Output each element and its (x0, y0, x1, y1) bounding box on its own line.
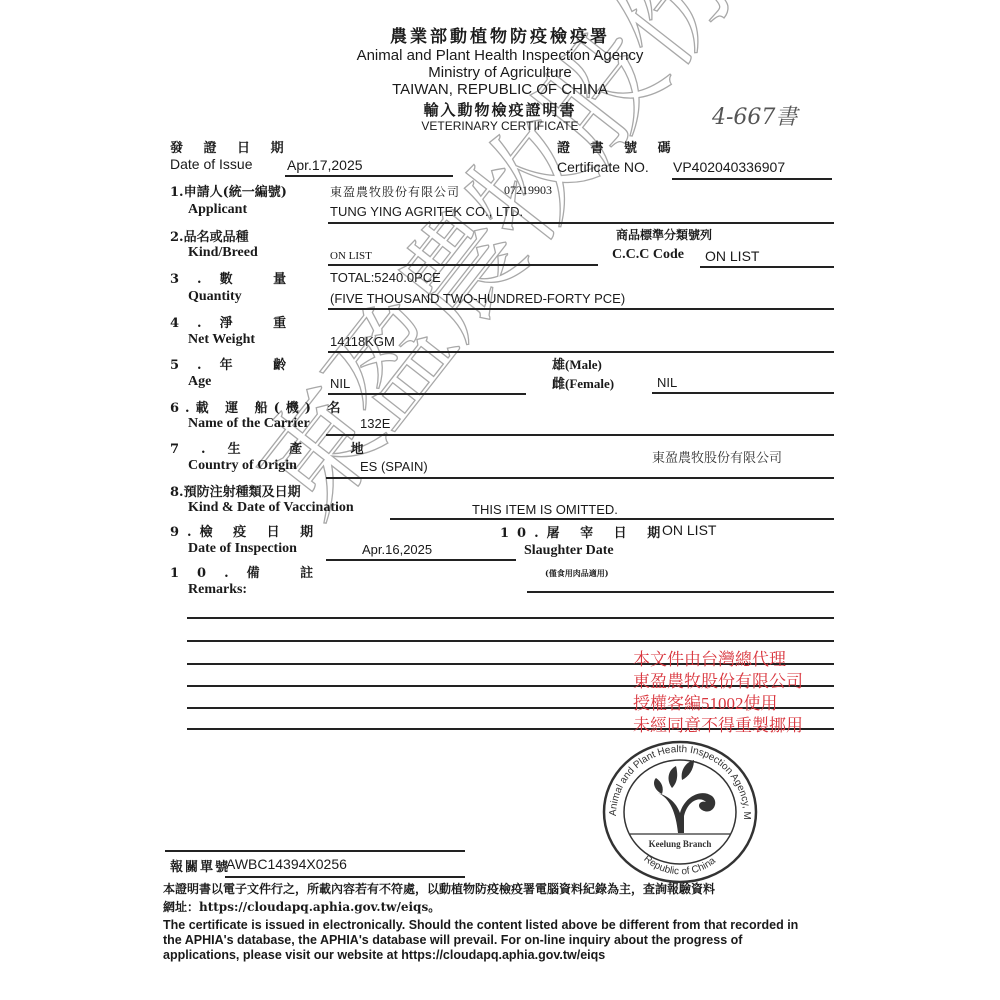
country: TAIWAN, REPUBLIC OF CHINA (0, 81, 1000, 98)
age-value: NIL (330, 376, 350, 391)
svg-text:Keelung Branch: Keelung Branch (649, 839, 712, 849)
handwritten-note: 4-667書 (712, 100, 797, 131)
ccc-label-zh: 商品標準分類號列 (616, 226, 712, 243)
slaughter-note: (僅食用肉品適用) (545, 568, 609, 579)
applicant-label-en: Applicant (188, 202, 247, 218)
applicant-label-zh: 1.申請人(統一編號) (170, 181, 287, 200)
inspection-value: Apr.16,2025 (362, 542, 432, 557)
quantity-label-zh: 3.數 量 (170, 268, 304, 287)
customs-label: 報關單號 (170, 856, 230, 875)
cert-label-en: Certificate NO. (557, 159, 649, 175)
vaccination-value: THIS ITEM IS OMITTED. (472, 502, 618, 517)
male-label: 雄(Male) (552, 354, 602, 373)
issue-label-en: Date of Issue (170, 156, 253, 172)
carrier-label-en: Name of the Carrier (188, 416, 310, 432)
slaughter-value: ON LIST (662, 522, 716, 538)
kind-label-en: Kind/Breed (188, 245, 258, 261)
red-stamp-line-4: 未經同意不得重製挪用 (633, 711, 803, 736)
net-weight-label-zh: 4.淨 重 (170, 312, 304, 331)
applicant-id: 07219903 (504, 183, 552, 198)
issue-label-zh: 發 證 日 期 (170, 137, 292, 156)
seal-emblem-icon: Animal and Plant Health Inspection Agenc… (600, 738, 760, 883)
inspection-label-zh: 9.檢 疫 日 期 (170, 521, 321, 540)
inspection-label-en: Date of Inspection (188, 541, 297, 557)
kind-label-zh: 2.品名或品種 (170, 226, 249, 245)
agency-en: Animal and Plant Health Inspection Agenc… (0, 47, 1000, 64)
slaughter-label-zh: 10.屠 宰 日 期 (500, 522, 668, 541)
remarks-label-zh: 10.備 註 (170, 562, 331, 581)
female-label: 雌(Female) (552, 373, 614, 392)
doc-title-en: VETERINARY CERTIFICATE (0, 119, 1000, 133)
footer-en-line-1: The certificate is issued in electronica… (163, 918, 798, 932)
official-seal: Animal and Plant Health Inspection Agenc… (600, 738, 760, 883)
carrier-value: 132E (360, 416, 390, 431)
agency-zh: 農業部動植物防疫檢疫署 (0, 22, 1000, 47)
origin-label-zh: 7.生 產 地 (170, 438, 386, 457)
remarks-label-en: Remarks: (188, 582, 247, 598)
doc-title-zh: 輸入動物檢疫證明書 (0, 99, 1000, 120)
footer-en-line-2: the APHIA's database, the APHIA's databa… (163, 933, 742, 947)
customs-value: AWBC14394X0256 (226, 856, 347, 872)
quantity-value: TOTAL:5240.0PCE (330, 270, 441, 285)
issue-date: Apr.17,2025 (287, 157, 363, 173)
company-stamp-text: 東盈農牧股份有限公司 (652, 447, 782, 466)
cert-label-zh: 證 書 號 碼 (557, 137, 679, 156)
cert-number: VP402040336907 (673, 159, 785, 175)
footer-zh-line-1: 本證明書以電子文件行之，所載內容若有不符處，以動植物防疫檢疫署電腦資料紀錄為主，… (163, 880, 715, 897)
slaughter-label-en: Slaughter Date (524, 543, 614, 559)
age-label-zh: 5.年 齡 (170, 354, 304, 373)
kind-value: ON LIST (330, 250, 372, 262)
vaccination-label-zh: 8.預防注射種類及日期 (170, 481, 301, 500)
net-weight-value: 14118KGM (330, 334, 395, 349)
sex-value: NIL (657, 375, 677, 390)
origin-label-en: Country of Origin (188, 458, 297, 474)
quantity-words: (FIVE THOUSAND TWO-HUNDRED-FORTY PCE) (330, 291, 625, 306)
vaccination-label-en: Kind & Date of Vaccination (188, 500, 354, 516)
origin-value: ES (SPAIN) (360, 459, 428, 474)
applicant-name-zh: 東盈農牧股份有限公司 (330, 183, 460, 200)
quantity-label-en: Quantity (188, 289, 242, 305)
footer-en-line-3: applications, please visit our website a… (163, 948, 605, 962)
net-weight-label-en: Net Weight (188, 332, 255, 348)
carrier-label-zh: 6.載 運 船(機) 名 (170, 397, 346, 416)
ccc-value: ON LIST (705, 248, 759, 264)
ministry: Ministry of Agriculture (0, 64, 1000, 81)
age-label-en: Age (188, 374, 211, 390)
ccc-label-en: C.C.C Code (612, 247, 684, 263)
footer-zh-line-2: 網址：https://cloudapq.aphia.gov.tw/eiqs。 (163, 898, 440, 915)
applicant-name-en: TUNG YING AGRITEK CO., LTD. (330, 204, 523, 219)
